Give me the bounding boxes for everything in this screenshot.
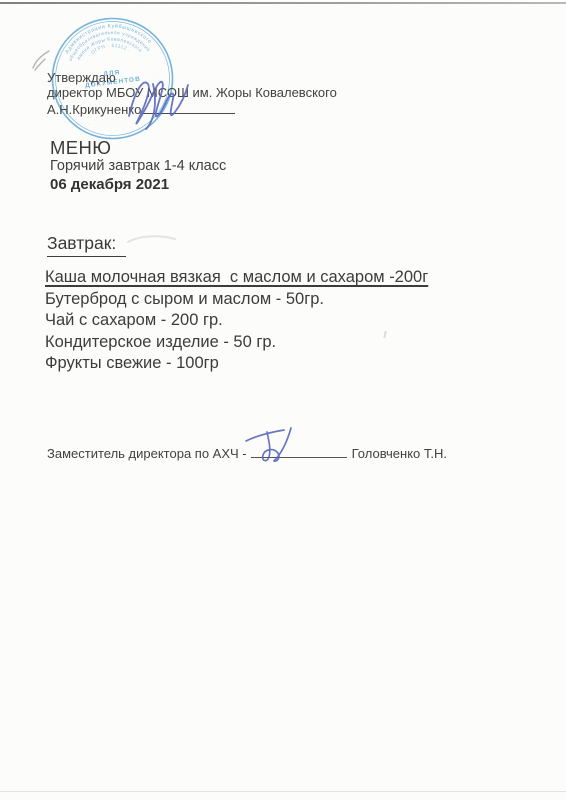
meal-heading: Завтрак: <box>47 233 126 257</box>
signoff-name: Головченко Т.Н. <box>352 446 447 461</box>
deputy-signature <box>238 417 302 467</box>
menu-item: Чай с сахаром - 200 гр. <box>45 310 428 332</box>
document-header: МЕНЮ Горячий завтрак 1-4 класс 06 декабр… <box>50 137 226 193</box>
document-date: 06 декабря 2021 <box>50 176 226 194</box>
menu-item: Бутерброд с сыром и маслом - 50гр. <box>45 289 428 311</box>
scan-edge-line <box>0 2 566 4</box>
menu-item-list: Каша молочная вязкая с маслом и сахаром … <box>45 267 428 375</box>
menu-item: Кондитерское изделие - 50 гр. <box>45 332 428 354</box>
scan-smudge <box>126 233 178 245</box>
document-title: МЕНЮ <box>50 137 226 158</box>
signoff-label: Заместитель директора по АХЧ - <box>47 446 247 461</box>
director-signature <box>122 72 194 132</box>
scan-bottom-edge <box>0 791 566 792</box>
scanned-menu-document: Администрации Куйбышевского общеобразова… <box>0 0 566 800</box>
menu-item: Каша молочная вязкая с маслом и сахаром … <box>45 267 428 289</box>
document-subtitle: Горячий завтрак 1-4 класс <box>50 158 226 176</box>
menu-item: Фрукты свежие - 100гр <box>45 353 428 375</box>
